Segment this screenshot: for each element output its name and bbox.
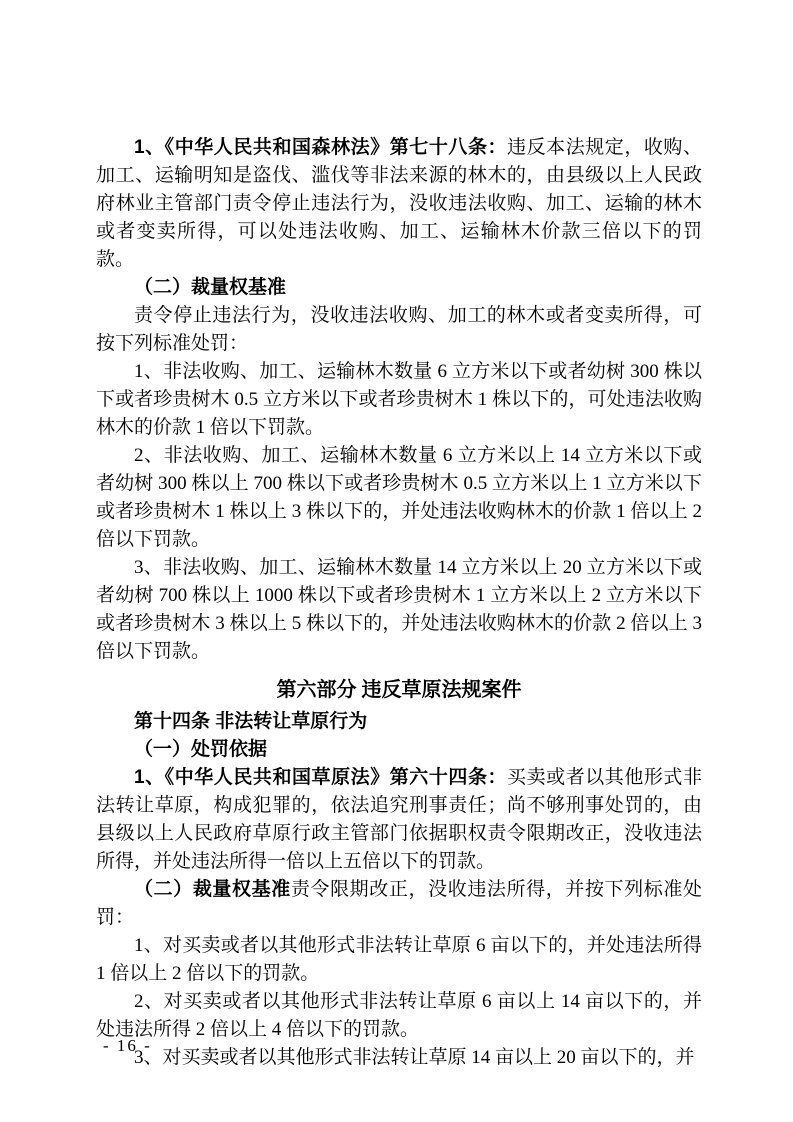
forest-standard-item-1: 1、非法收购、加工、运输林木数量 6 立方米以下或者幼树 300 株以下或者珍贵… — [96, 358, 702, 442]
forest-law-clause-lead: 1、《中华人民共和国森林法》第七十八条： — [134, 137, 507, 158]
forest-standard-item-3: 3、非法收购、加工、运输林木数量 14 立方米以上 20 立方米以下或者幼树 7… — [96, 554, 702, 666]
grassland-law-clause-paragraph: 1、《中华人民共和国草原法》第六十四条：买卖或者以其他形式非法转让草原，构成犯罪… — [96, 764, 702, 876]
grassland-standard-item-1: 1、对买卖或者以其他形式非法转让草原 6 亩以下的，并处违法所得 1 倍以上 2… — [96, 932, 702, 988]
section-six-heading: 第六部分 违反草原法规案件 — [96, 676, 702, 704]
forest-discretion-heading: （二）裁量权基准 — [96, 274, 702, 302]
document-page: 1、《中华人民共和国森林法》第七十八条：违反本法规定，收购、加工、运输明知是盗伐… — [0, 0, 793, 1122]
article-fourteen-heading: 第十四条 非法转让草原行为 — [96, 708, 702, 736]
forest-discretion-intro: 责令停止违法行为，没收违法收购、加工的林木或者变卖所得，可按下列标准处罚： — [96, 302, 702, 358]
forest-standard-item-2: 2、非法收购、加工、运输林木数量 6 立方米以上 14 立方米以下或者幼树 30… — [96, 442, 702, 554]
document-content: 1、《中华人民共和国森林法》第七十八条：违反本法规定，收购、加工、运输明知是盗伐… — [96, 134, 702, 1072]
punishment-basis-heading: （一）处罚依据 — [96, 736, 702, 764]
grassland-discretion-lead: （二）裁量权基准 — [134, 879, 291, 900]
grassland-standard-item-2: 2、对买卖或者以其他形式非法转让草原 6 亩以上 14 亩以下的，并处违法所得 … — [96, 988, 702, 1044]
grassland-law-clause-lead: 1、《中华人民共和国草原法》第六十四条： — [134, 767, 507, 788]
forest-law-clause-paragraph: 1、《中华人民共和国森林法》第七十八条：违反本法规定，收购、加工、运输明知是盗伐… — [96, 134, 702, 274]
grassland-discretion-paragraph: （二）裁量权基准责令限期改正，没收违法所得，并按下列标准处罚： — [96, 876, 702, 932]
grassland-standard-item-3: 3、对买卖或者以其他形式非法转让草原 14 亩以上 20 亩以下的，并 — [96, 1044, 702, 1072]
page-number: - 16 - — [103, 1036, 152, 1056]
